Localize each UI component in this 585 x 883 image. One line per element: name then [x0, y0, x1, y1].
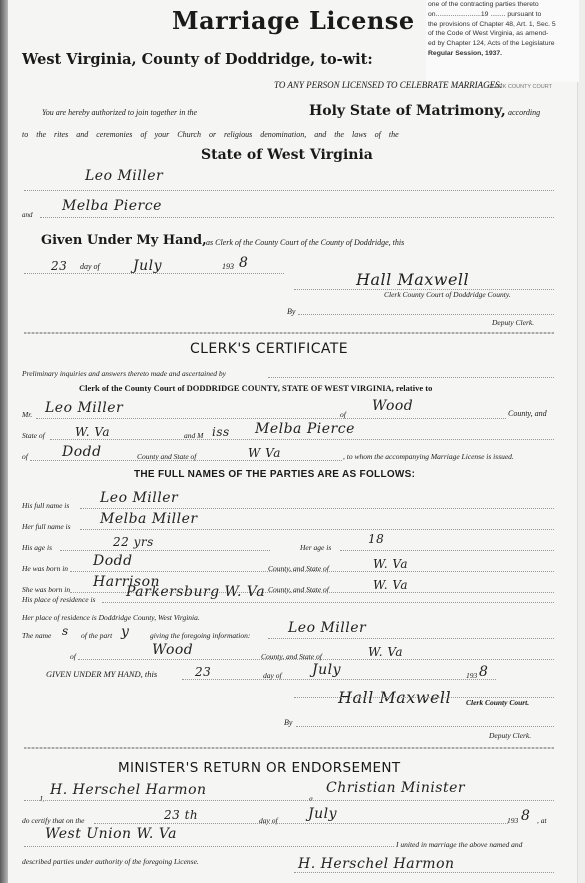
he-born-line: [70, 571, 554, 572]
groom-name: Leo Miller: [85, 168, 163, 184]
her-age-line: [340, 550, 554, 551]
his-full-name-label: His full name is: [22, 501, 69, 510]
license-year-prefix: 193: [222, 262, 234, 271]
her-full-name-line: [80, 529, 554, 530]
mr-name: Leo Miller: [45, 400, 123, 416]
place-line: [24, 846, 394, 847]
authorize-text: You are hereby authorized to join togeth…: [42, 108, 197, 117]
minister-name-line: [24, 800, 554, 801]
accompanying-text: , to whom the accompanying Marriage Lice…: [343, 452, 514, 461]
given-under-hand: Given Under My Hand,: [41, 233, 207, 248]
clerk-signature: Hall Maxwell: [356, 270, 469, 289]
i-label: I,: [40, 794, 44, 803]
state-heading: State of West Virginia: [201, 147, 373, 163]
united-label: I united in marriage the above named and: [396, 840, 522, 849]
her-residence: Her place of residence is Doddridge Coun…: [22, 613, 200, 622]
bride-line: [40, 217, 554, 218]
informant-county: Wood: [152, 642, 193, 658]
side-notice-line: the provisions of Chapter 48, Art. 1, Se…: [428, 20, 579, 30]
he-born-county: Dodd: [93, 553, 133, 569]
side-notice-line: ed by Chapter 124, Acts of the Legislatu…: [428, 39, 579, 49]
miss-county: Dodd: [62, 444, 102, 460]
her-age: 18: [368, 532, 384, 546]
certificate-clerk-caption: Clerk County Court.: [466, 698, 529, 707]
document-title: Marriage License: [172, 6, 415, 35]
minister-signature-line: [294, 872, 554, 873]
miss-line: [50, 439, 554, 440]
miss-state: W Va: [248, 446, 281, 460]
minister-day: 23 th: [164, 808, 198, 822]
his-residence-line: [102, 602, 554, 603]
minister-year-suffix: 8: [521, 808, 530, 824]
her-full-name: Melba Miller: [100, 511, 198, 527]
side-notice-line: on........................19 ........ pu…: [428, 10, 579, 20]
she-born-state: W. Va: [373, 578, 408, 592]
her-age-label: Her age is: [300, 543, 331, 552]
side-notice-line: of the Code of West Virginia, as amend-: [428, 29, 579, 39]
minister-title: Christian Minister: [326, 780, 465, 796]
groom-line: [24, 190, 554, 191]
state-county-heading: West Virginia, County of Doddridge, to-w…: [22, 51, 373, 68]
preliminary-line: [268, 377, 554, 378]
county-and-label: County, and: [508, 409, 547, 418]
deputy-caption: Deputy Clerk.: [492, 318, 534, 327]
according-text: according: [508, 108, 540, 117]
his-residence: Parkersburg W. Va: [126, 584, 265, 600]
preliminary-text: Preliminary inquiries and answers theret…: [22, 369, 226, 378]
minister-month: July: [308, 806, 337, 822]
given-month: July: [312, 662, 341, 678]
given-date-line: [182, 679, 496, 680]
informant-line: [268, 638, 554, 639]
license-month: July: [133, 258, 162, 274]
certificate-deputy-caption: Deputy Clerk.: [489, 731, 531, 740]
part-suffix: y: [121, 624, 129, 640]
informant-name: Leo Miller: [288, 620, 366, 636]
certificate-deputy-line: [296, 726, 554, 727]
addressee: TO ANY PERSON LICENSED TO CELEBRATE MARR…: [274, 80, 503, 90]
his-age-line: [60, 550, 270, 551]
she-born-label: She was born in: [22, 585, 70, 594]
date-line: [24, 273, 284, 274]
mr-label: Mr.: [22, 410, 32, 419]
bride-name: Melba Pierce: [62, 198, 162, 214]
license-year-suffix: 8: [239, 255, 248, 271]
certify-label: do certify that on the: [22, 816, 85, 825]
right-margin-strip: [577, 0, 585, 883]
minister-return-heading: MINISTER'S RETURN OR ENDORSEMENT: [118, 760, 401, 776]
side-notice-line: Regular Session, 1937.: [428, 49, 579, 59]
given-year-suffix: 8: [479, 664, 488, 680]
page-edge-shadow: [0, 0, 8, 883]
name-label: The name: [22, 631, 51, 640]
of-the-part-label: of the part: [81, 631, 112, 640]
rites-line: to the rites and ceremonies of your Chur…: [22, 130, 399, 139]
a-label: a: [309, 794, 313, 803]
miss-suffix: iss: [212, 425, 230, 439]
holy-state-matrimony: Holy State of Matrimony,: [309, 103, 506, 119]
side-notice-line: one of the contracting parties thereto: [428, 0, 579, 10]
name-mark: s: [62, 624, 69, 638]
miss-county-line: [30, 460, 342, 461]
given-under-hand-label: GIVEN UNDER MY HAND, this: [46, 669, 157, 679]
certificate-by-label: By: [284, 718, 292, 727]
clerk-certificate-heading: CLERK'S CERTIFICATE: [190, 341, 348, 357]
of2-label: of: [22, 452, 28, 461]
mr-county: Wood: [372, 398, 413, 414]
his-full-name: Leo Miller: [100, 490, 178, 506]
by-label: By: [287, 307, 295, 316]
given-text: as Clerk of the County Court of the Coun…: [206, 238, 404, 247]
giving-label: giving the foregoing information:: [150, 631, 250, 640]
minister-name: H. Herschel Harmon: [50, 782, 207, 798]
full-names-heading: THE FULL NAMES OF THE PARTIES ARE AS FOL…: [134, 469, 415, 480]
minister-date-line: [94, 823, 508, 824]
her-full-name-label: Her full name is: [22, 522, 71, 531]
informant-of-label: of: [70, 652, 76, 661]
mr-line: [36, 418, 506, 419]
informant-county-line: [78, 659, 554, 660]
described-label: described parties under authority of the…: [22, 857, 199, 866]
miss-name: Melba Pierce: [255, 421, 355, 437]
his-full-name-line: [80, 508, 554, 509]
ceremony-place: West Union W. Va: [45, 826, 177, 842]
minister-signature: H. Herschel Harmon: [298, 856, 455, 872]
clerk-line: Clerk of the County Court of DODDRIDGE C…: [79, 383, 432, 393]
informant-state: W. Va: [368, 645, 403, 659]
his-age-label: His age is: [22, 543, 52, 552]
section-divider: [24, 332, 554, 334]
license-day: 23: [51, 259, 67, 273]
at-label: , at: [537, 816, 547, 825]
and-label: and: [22, 211, 33, 219]
minister-year-prefix: 193: [507, 816, 518, 825]
his-residence-label: His place of residence is: [22, 595, 95, 604]
his-age: 22 yrs: [113, 535, 154, 549]
given-day: 23: [195, 665, 211, 679]
mr-state: W. Va: [75, 425, 110, 439]
clerk-caption: Clerk County Court of Doddridge County.: [384, 290, 511, 299]
section-divider: [24, 747, 554, 749]
day-of-label: day of: [80, 262, 100, 271]
side-notice-box: one of the contracting parties thereto o…: [426, 0, 579, 82]
deputy-line: [298, 314, 554, 315]
he-born-label: He was born in: [22, 564, 68, 573]
he-born-state: W. Va: [373, 557, 408, 571]
state-of-label: State of: [22, 431, 45, 440]
